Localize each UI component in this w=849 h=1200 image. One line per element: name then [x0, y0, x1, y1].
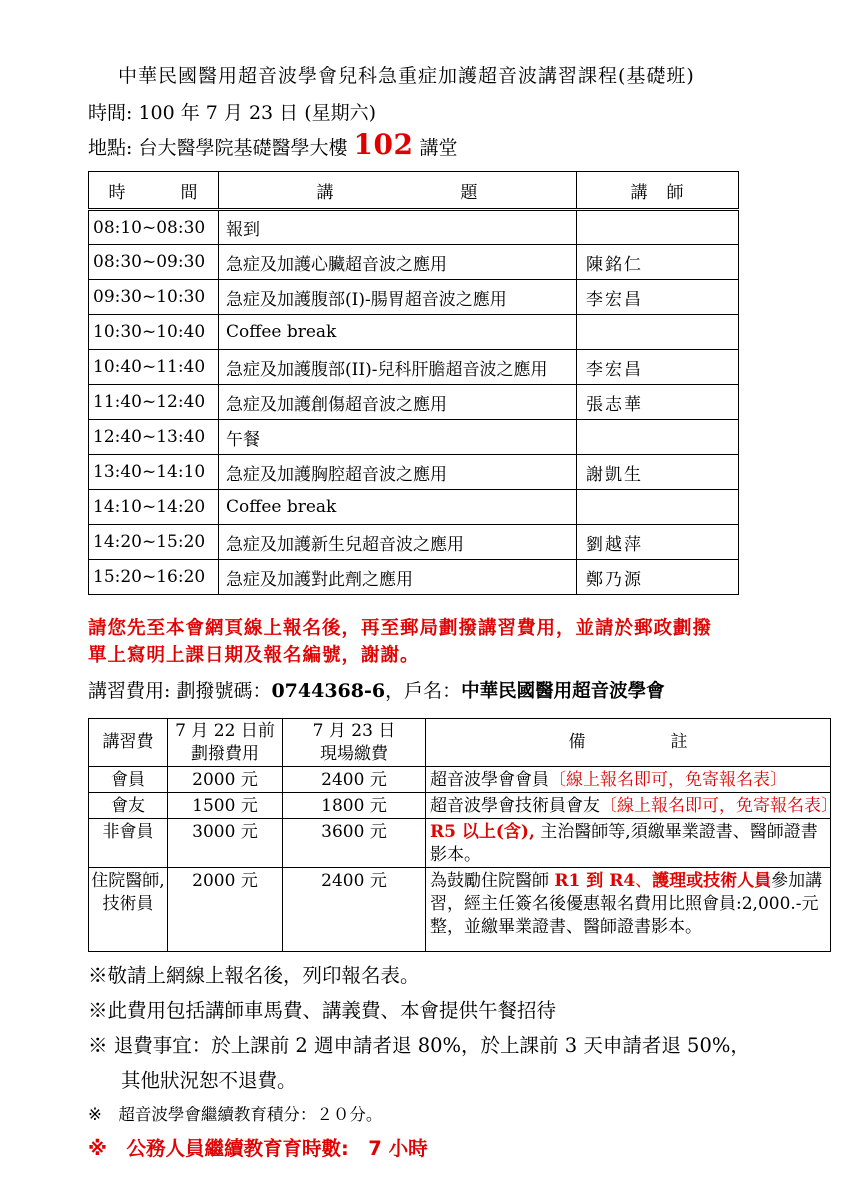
- fees-header-remark: 備 註: [426, 719, 831, 767]
- schedule-table: 時 間 講 題 講 師 08:10~08:30 報到 08:30~09:30 急…: [88, 171, 739, 595]
- session-time: 14:10~14:20: [89, 490, 219, 525]
- session-lecturer: 謝凱生: [577, 455, 739, 490]
- session-topic: 急症及加護創傷超音波之應用: [219, 385, 577, 420]
- session-lecturer: 李宏昌: [577, 350, 739, 385]
- table-row: 13:40~14:10 急症及加護胸腔超音波之應用 謝凱生: [89, 455, 739, 490]
- table-row: 15:20~16:20 急症及加護對此劑之應用 鄭乃源: [89, 560, 739, 595]
- fee-remark: R5 以上(含), 主治醫師等,須繳畢業證書、醫師證書影本。: [426, 819, 831, 868]
- fee-category-line2: 技術員: [89, 893, 167, 916]
- session-lecturer: 陳銘仁: [577, 245, 739, 280]
- remark-text: 超音波學會會員: [430, 770, 549, 790]
- session-topic: 午餐: [219, 420, 577, 455]
- fee-middle: ，戶名：: [385, 680, 461, 702]
- session-topic: 急症及加護對此劑之應用: [219, 560, 577, 595]
- note-education-credits: ※ 超音波學會繼續教育積分：２０分。: [88, 1098, 825, 1131]
- fees-header-onsite: 7 月 23 日現場繳費: [283, 719, 426, 767]
- fees-header-category: 講習費: [89, 719, 168, 767]
- table-row: 11:40~12:40 急症及加護創傷超音波之應用 張志華: [89, 385, 739, 420]
- table-row: 10:40~11:40 急症及加護腹部(II)-兒科肝膽超音波之應用 李宏昌: [89, 350, 739, 385]
- fee-category: 會友: [89, 793, 168, 819]
- registration-notice-line1: 請您先至本會網頁線上報名後，再至郵局劃撥講習費用，並請於郵政劃撥: [88, 615, 825, 642]
- remark-red-text: R5 以上(含),: [430, 822, 535, 842]
- session-time: 12:40~13:40: [89, 420, 219, 455]
- fee-early: 1500 元: [168, 793, 283, 819]
- remark-red-text: 〔線上報名即可，免寄報名表〕: [549, 770, 787, 790]
- session-topic: 急症及加護胸腔超音波之應用: [219, 455, 577, 490]
- table-row: 會員 2000 元 2400 元 超音波學會會員〔線上報名即可，免寄報名表〕: [89, 767, 831, 793]
- session-lecturer: [577, 490, 739, 525]
- fee-onsite: 2400 元: [283, 868, 426, 952]
- session-topic: 急症及加護腹部(I)-腸胃超音波之應用: [219, 280, 577, 315]
- table-row: 09:30~10:30 急症及加護腹部(I)-腸胃超音波之應用 李宏昌: [89, 280, 739, 315]
- schedule-header-topic: 講 題: [219, 172, 577, 210]
- schedule-header-time: 時 間: [89, 172, 219, 210]
- session-time: 10:40~11:40: [89, 350, 219, 385]
- remark-red-separator: 、: [635, 871, 652, 891]
- session-topic: 急症及加護心臟超音波之應用: [219, 245, 577, 280]
- session-time: 08:10~08:30: [89, 210, 219, 245]
- footnotes: ※敬請上網線上報名後，列印報名表。 ※此費用包括講師車馬費、講義費、本會提供午餐…: [88, 958, 825, 1167]
- schedule-header-lecturer: 講 師: [577, 172, 739, 210]
- session-topic: Coffee break: [219, 315, 577, 350]
- table-row: 住院醫師,技術員 2000 元 2400 元 為鼓勵住院醫師 R1 到 R4、護…: [89, 868, 831, 952]
- remark-red-text: 護理或技術人員: [652, 871, 771, 891]
- session-lecturer: 劉越萍: [577, 525, 739, 560]
- session-lecturer: [577, 315, 739, 350]
- note-online-registration: ※敬請上網線上報名後，列印報名表。: [88, 958, 825, 993]
- registration-notice-line2: 單上寫明上課日期及報名編號，謝謝。: [88, 642, 825, 669]
- fee-category-line1: 住院醫師,: [89, 870, 167, 893]
- room-number: 102: [353, 128, 413, 161]
- fees-header-early: 7 月 22 日前劃撥費用: [168, 719, 283, 767]
- fee-onsite: 3600 元: [283, 819, 426, 868]
- remark-red-text: 〔線上報名即可，免寄報名表〕: [600, 796, 838, 816]
- place-line: 地點: 台大醫學院基礎醫學大樓 102 講堂: [88, 128, 825, 165]
- fee-category: 會員: [89, 767, 168, 793]
- time-line: 時間: 100 年 7 月 23 日 (星期六): [88, 100, 825, 126]
- session-time: 14:20~15:20: [89, 525, 219, 560]
- table-row: 14:10~14:20 Coffee break: [89, 490, 739, 525]
- remark-text: 為鼓勵住院醫師: [430, 871, 554, 891]
- note-refund-policy-cont: 其他狀況恕不退費。: [88, 1063, 825, 1098]
- fees-header-early-line1: 7 月 22 日前: [168, 720, 282, 743]
- fee-remark: 超音波學會會員〔線上報名即可，免寄報名表〕: [426, 767, 831, 793]
- session-lecturer: 張志華: [577, 385, 739, 420]
- fee-early: 2000 元: [168, 868, 283, 952]
- giro-account-number: 0744368-6: [271, 680, 385, 702]
- fee-early: 3000 元: [168, 819, 283, 868]
- remark-text: 超音波學會技術員會友: [430, 796, 600, 816]
- table-row: 非會員 3000 元 3600 元 R5 以上(含), 主治醫師等,須繳畢業證書…: [89, 819, 831, 868]
- session-topic: 急症及加護腹部(II)-兒科肝膽超音波之應用: [219, 350, 577, 385]
- session-time: 08:30~09:30: [89, 245, 219, 280]
- session-topic: Coffee break: [219, 490, 577, 525]
- document-page: 中華民國醫用超音波學會兒科急重症加護超音波講習課程(基礎班) 時間: 100 年…: [0, 0, 849, 1200]
- fee-onsite: 1800 元: [283, 793, 426, 819]
- session-lecturer: [577, 210, 739, 245]
- note-civil-servant-hours: ※ 公務人員繼續教育育時數: 7 小時: [88, 1131, 825, 1167]
- remark-red-text: R1 到 R4: [554, 871, 635, 891]
- fees-header-onsite-line1: 7 月 23 日: [283, 720, 425, 743]
- session-lecturer: 鄭乃源: [577, 560, 739, 595]
- page-title: 中華民國醫用超音波學會兒科急重症加護超音波講習課程(基礎班): [118, 64, 825, 88]
- note-refund-policy: ※ 退費事宜：於上課前 2 週申請者退 80%，於上課前 3 天申請者退 50%…: [88, 1028, 825, 1063]
- table-row: 12:40~13:40 午餐: [89, 420, 739, 455]
- payee-name: 中華民國醫用超音波學會: [461, 681, 665, 702]
- fee-remark: 超音波學會技術員會友〔線上報名即可，免寄報名表〕: [426, 793, 831, 819]
- fee-early: 2000 元: [168, 767, 283, 793]
- place-prefix: 地點: 台大醫學院基礎醫學大樓: [88, 137, 353, 159]
- session-time: 13:40~14:10: [89, 455, 219, 490]
- fee-onsite: 2400 元: [283, 767, 426, 793]
- schedule-header-row: 時 間 講 題 講 師: [89, 172, 739, 210]
- fees-table: 講習費 7 月 22 日前劃撥費用 7 月 23 日現場繳費 備 註 會員 20…: [88, 718, 831, 952]
- note-fee-coverage: ※此費用包括講師車馬費、講義費、本會提供午餐招待: [88, 993, 825, 1028]
- table-row: 14:20~15:20 急症及加護新生兒超音波之應用 劉越萍: [89, 525, 739, 560]
- session-time: 11:40~12:40: [89, 385, 219, 420]
- fee-remark: 為鼓勵住院醫師 R1 到 R4、護理或技術人員參加講習，經主任簽名後優惠報名費用…: [426, 868, 831, 952]
- place-suffix: 講堂: [413, 137, 457, 159]
- registration-notice: 請您先至本會網頁線上報名後，再至郵局劃撥講習費用，並請於郵政劃撥 單上寫明上課日…: [88, 615, 825, 669]
- session-lecturer: [577, 420, 739, 455]
- session-time: 09:30~10:30: [89, 280, 219, 315]
- fees-header-onsite-line2: 現場繳費: [283, 743, 425, 766]
- session-lecturer: 李宏昌: [577, 280, 739, 315]
- payment-info-line: 講習費用: 劃撥號碼：0744368-6，戶名：中華民國醫用超音波學會: [88, 677, 825, 706]
- fee-prefix: 講習費用: 劃撥號碼：: [88, 680, 271, 702]
- fee-category: 住院醫師,技術員: [89, 868, 168, 952]
- table-row: 08:10~08:30 報到: [89, 210, 739, 245]
- table-row: 會友 1500 元 1800 元 超音波學會技術員會友〔線上報名即可，免寄報名表…: [89, 793, 831, 819]
- fees-header-row: 講習費 7 月 22 日前劃撥費用 7 月 23 日現場繳費 備 註: [89, 719, 831, 767]
- fee-category: 非會員: [89, 819, 168, 868]
- table-row: 08:30~09:30 急症及加護心臟超音波之應用 陳銘仁: [89, 245, 739, 280]
- session-time: 15:20~16:20: [89, 560, 219, 595]
- table-row: 10:30~10:40 Coffee break: [89, 315, 739, 350]
- session-topic: 急症及加護新生兒超音波之應用: [219, 525, 577, 560]
- fees-header-early-line2: 劃撥費用: [168, 743, 282, 766]
- session-time: 10:30~10:40: [89, 315, 219, 350]
- session-topic: 報到: [219, 210, 577, 245]
